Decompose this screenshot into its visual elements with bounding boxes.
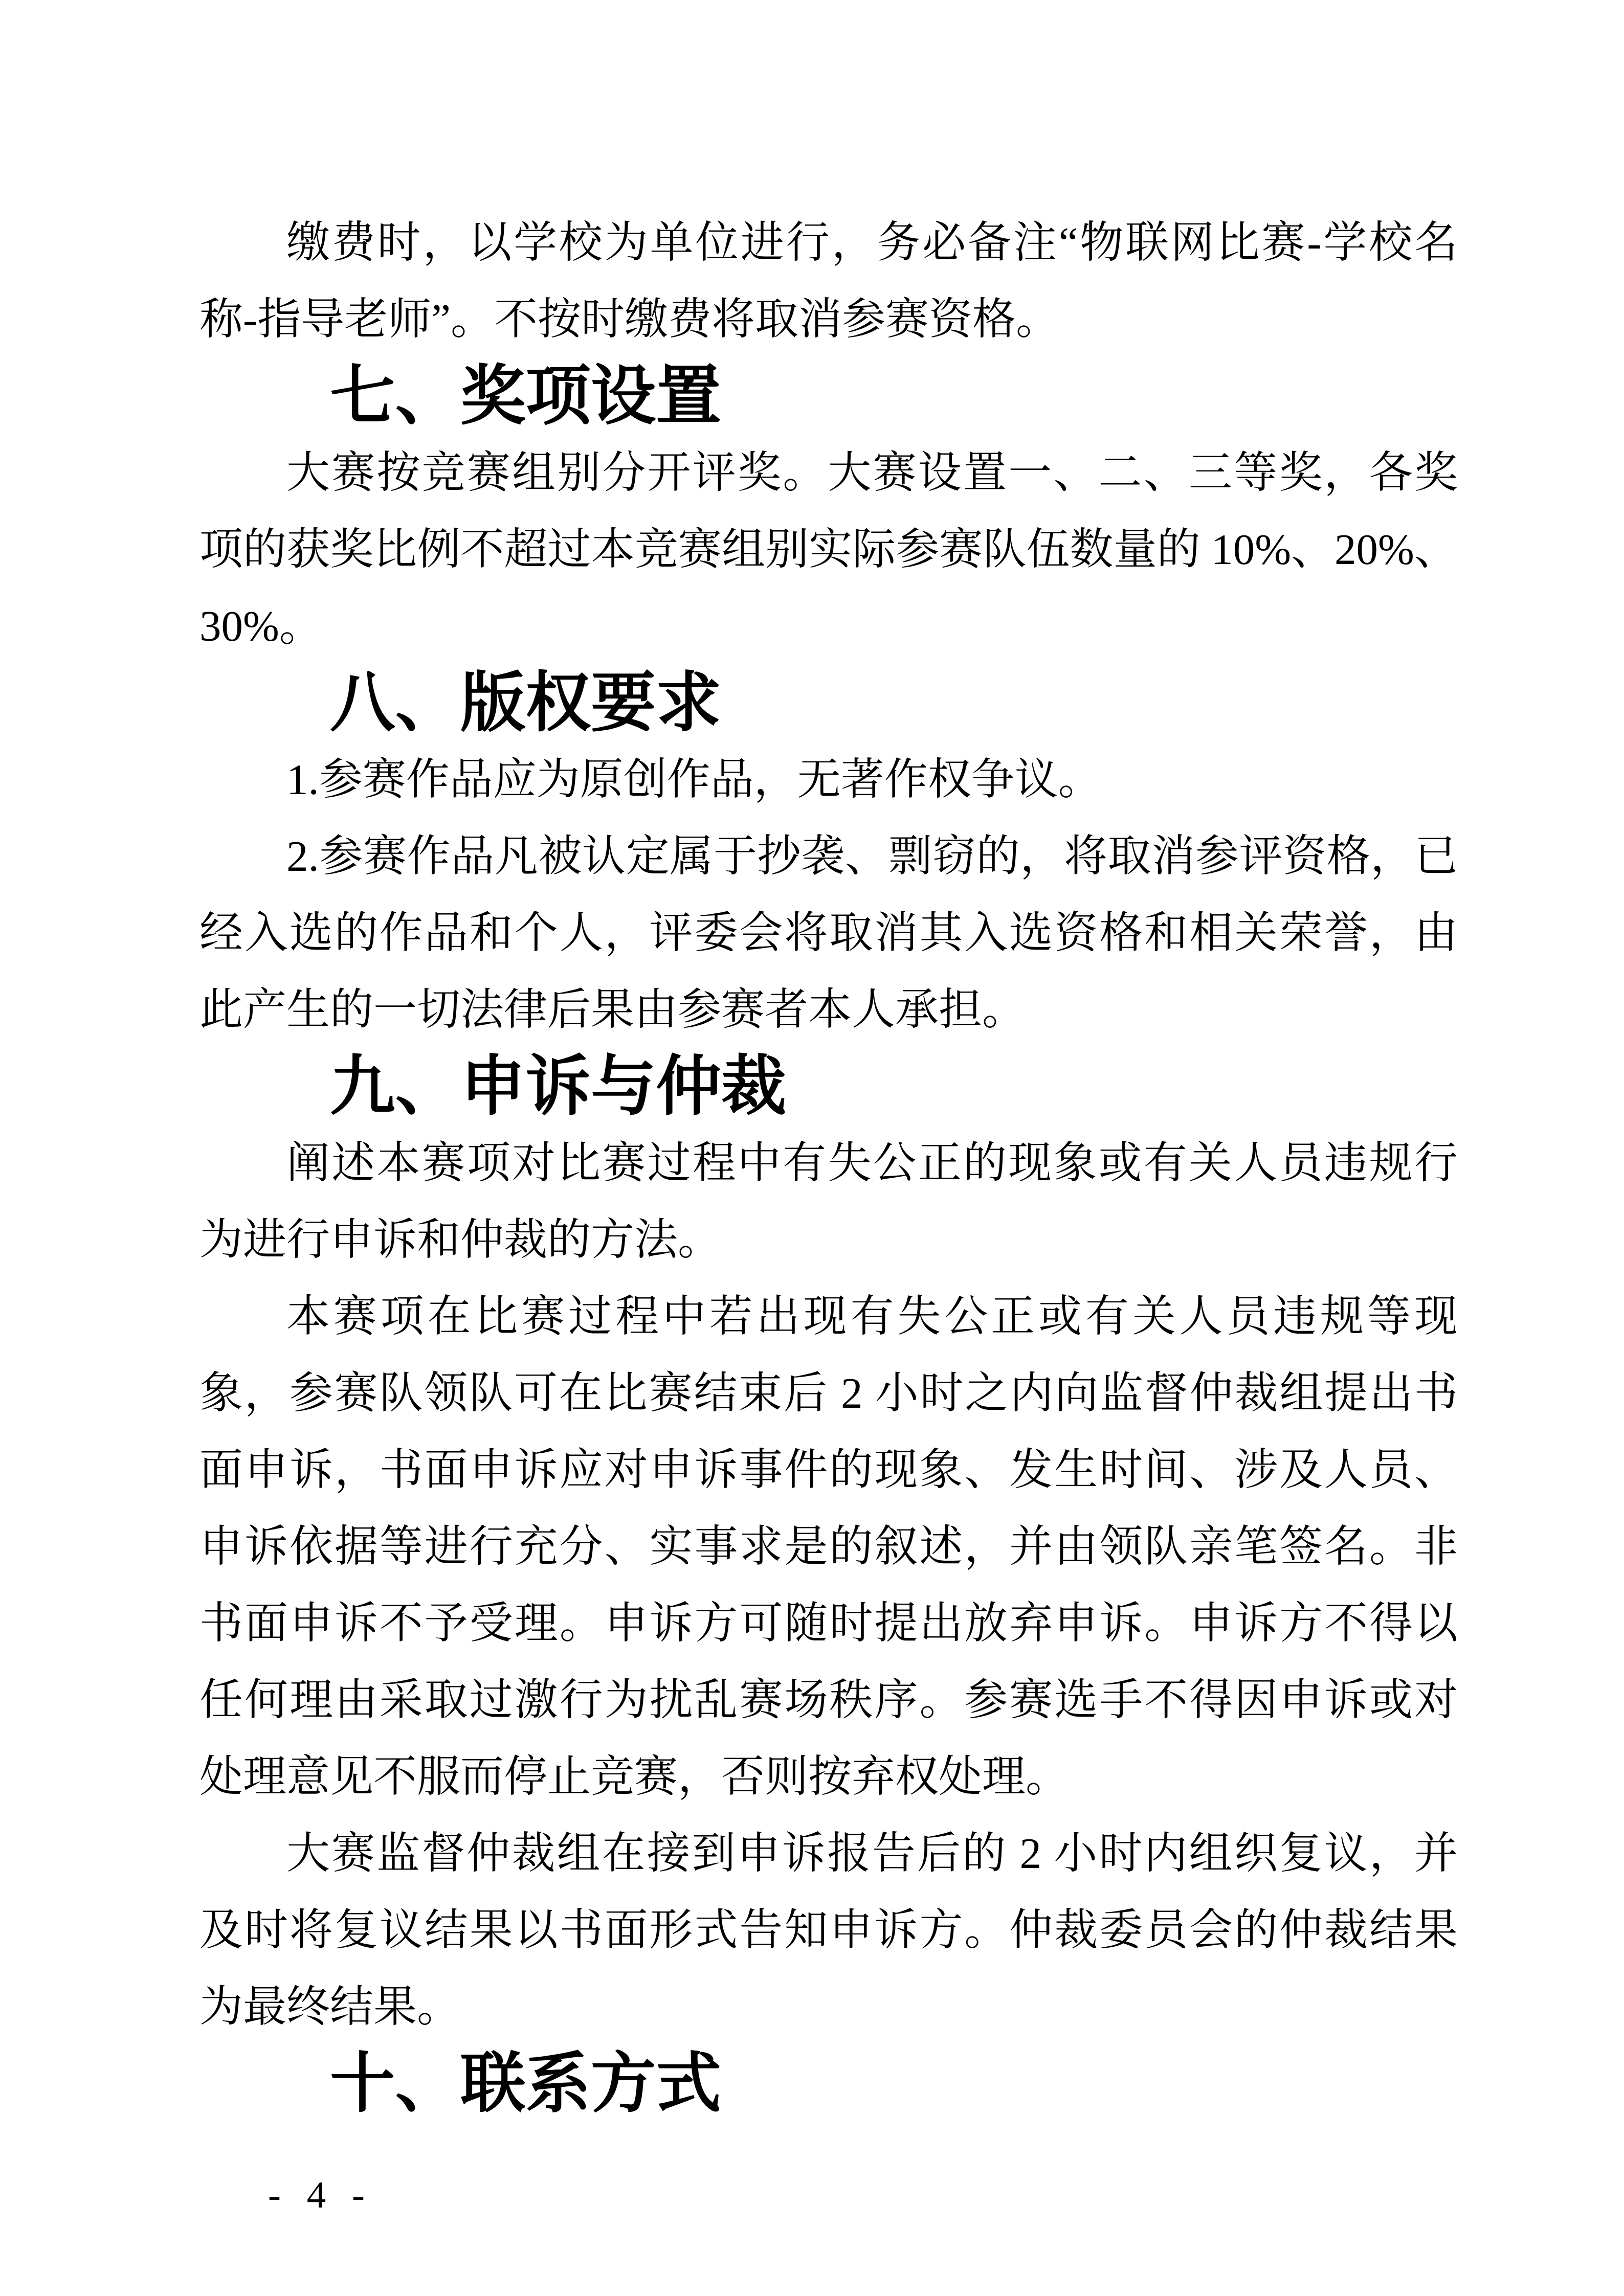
paragraph-copyright-item-2: 2.参赛作品凡被认定属于抄袭、剽窃的，将取消参评资格，已经入选的作品和个人，评委… — [199, 818, 1458, 1048]
heading-section-10-contact: 十、联系方式 — [199, 2045, 1458, 2122]
paragraph-copyright-item-1: 1.参赛作品应为原创作品，无著作权争议。 — [199, 741, 1458, 818]
page-number: - 4 - — [268, 2174, 373, 2216]
heading-section-9-appeal: 九、申诉与仲裁 — [199, 1048, 1458, 1125]
paragraph-appeal-intro: 阐述本赛项对比赛过程中有失公正的现象或有关人员违规行为进行申诉和仲裁的方法。 — [199, 1125, 1458, 1278]
paragraph-appeal-review: 大赛监督仲裁组在接到申诉报告后的 2 小时内组织复议，并及时将复议结果以书面形式… — [199, 1815, 1458, 2045]
page-sheet: 缴费时，以学校为单位进行，务必备注“物联网比赛-学校名称-指导老师”。不按时缴费… — [0, 0, 1624, 2296]
page-footer: - 4 - — [197, 2111, 373, 2280]
paragraph-awards-detail: 大赛按竞赛组别分开评奖。大赛设置一、二、三等奖，各奖项的获奖比例不超过本竞赛组别… — [199, 435, 1458, 665]
heading-section-7-awards: 七、奖项设置 — [199, 358, 1458, 435]
document-body: 缴费时，以学校为单位进行，务必备注“物联网比赛-学校名称-指导老师”。不按时缴费… — [199, 205, 1458, 2122]
heading-section-8-copyright: 八、版权要求 — [199, 665, 1458, 741]
paragraph-payment-note: 缴费时，以学校为单位进行，务必备注“物联网比赛-学校名称-指导老师”。不按时缴费… — [199, 205, 1458, 358]
paragraph-appeal-procedure: 本赛项在比赛过程中若出现有失公正或有关人员违规等现象，参赛队领队可在比赛结束后 … — [199, 1278, 1458, 1815]
document-page: { "document": { "blocks": [ { "type": "p… — [0, 0, 1624, 2296]
